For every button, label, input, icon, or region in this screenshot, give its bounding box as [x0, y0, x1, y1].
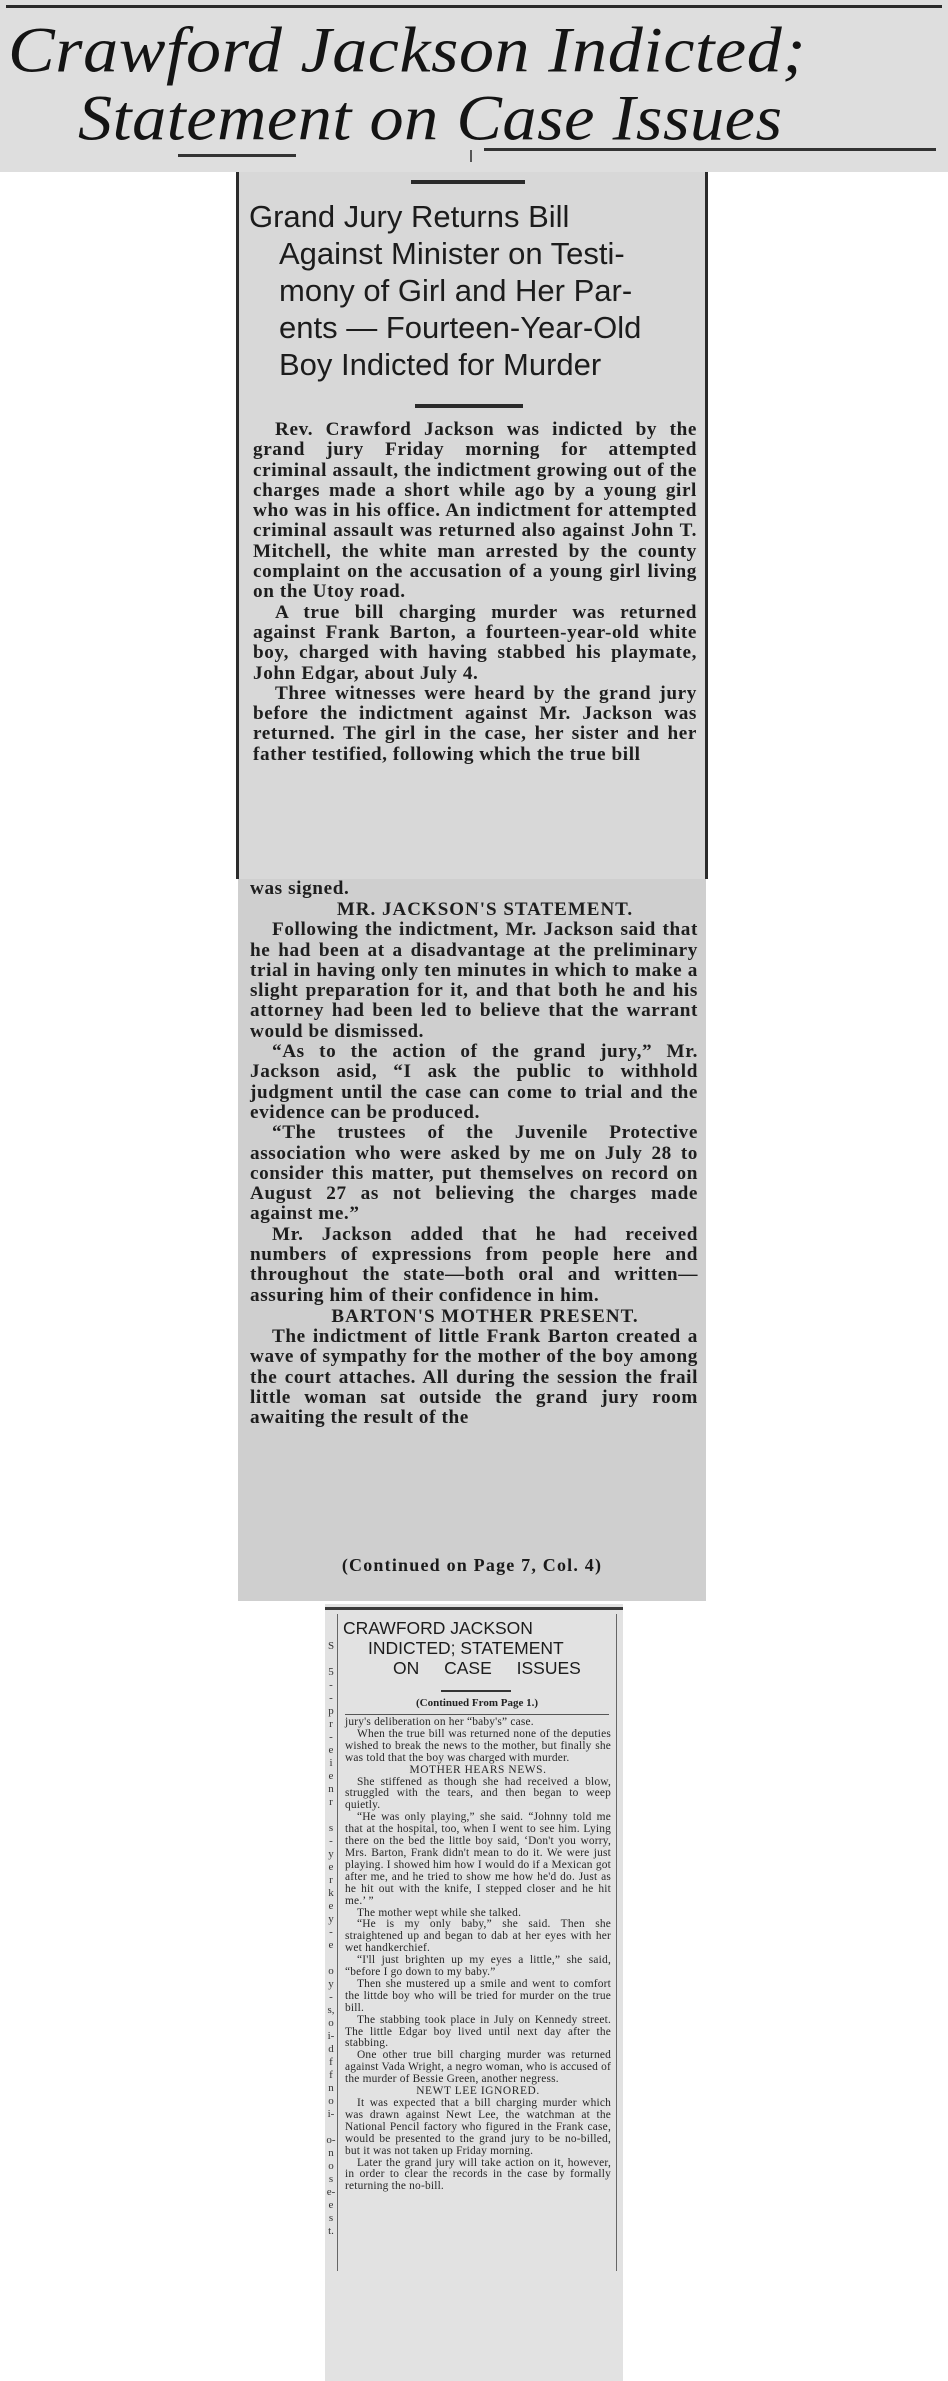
adjacent-column-fragment: S 5 - - p r - e i e n r s - y e r k e y …	[326, 1640, 336, 2238]
subheadline-deck: Grand Jury Returns Bill Against Minister…	[249, 198, 697, 383]
page1-column-top: Grand Jury Returns Bill Against Minister…	[236, 172, 708, 879]
dash-rule	[441, 1690, 511, 1692]
section-subhead: BARTON'S MOTHER PRESENT.	[250, 1306, 698, 1327]
article-body: jury's deliberation on her “baby's” case…	[345, 1717, 611, 2193]
paragraph: Mr. Jackson added that he had received n…	[250, 1225, 698, 1306]
article-body: Rev. Crawford Jackson was indicted by th…	[253, 420, 697, 765]
headline-line-2: Statement on Case Issues	[78, 82, 948, 157]
headline-line: ON CASE ISSUES	[343, 1658, 611, 1678]
paragraph: was signed.	[250, 879, 698, 899]
paragraph: Later the grand jury will take action on…	[345, 2158, 611, 2194]
paragraph: “As to the action of the grand jury,” Mr…	[250, 1042, 698, 1123]
paragraph: Three witnesses were heard by the grand …	[253, 684, 697, 765]
column-rule	[616, 1614, 623, 2271]
paragraph: “The trustees of the Juvenile Protective…	[250, 1123, 698, 1224]
section-subhead: MR. JACKSON'S STATEMENT.	[250, 899, 698, 920]
deck-line: mony of Girl and Her Par-	[249, 272, 697, 309]
dash-rule	[415, 404, 523, 408]
page1-column-bottom: was signed. MR. JACKSON'S STATEMENT. Fol…	[238, 879, 706, 1601]
paragraph: She stiffened as though she had received…	[345, 1777, 611, 1813]
top-rule	[325, 1607, 623, 1610]
headline-line-1: Crawford Jackson Indicted;	[8, 14, 948, 89]
page7-continuation: S 5 - - p r - e i e n r s - y e r k e y …	[325, 1604, 623, 2381]
paragraph: The indictment of little Frank Barton cr…	[250, 1327, 698, 1428]
paragraph: “He is my only baby,” she said. Then she…	[345, 1919, 611, 1955]
rule-divider	[178, 154, 296, 157]
deck-line: ents — Fourteen-Year-Old	[249, 309, 697, 346]
rule-divider	[345, 1714, 609, 1715]
continued-note: (Continued on Page 7, Col. 4)	[238, 1555, 706, 1576]
headline-line: INDICTED; STATEMENT	[343, 1638, 611, 1658]
rule-divider	[484, 148, 936, 151]
article-body: was signed. MR. JACKSON'S STATEMENT. Fol…	[250, 879, 698, 1428]
section-subhead: MOTHER HEARS NEWS.	[345, 1765, 611, 1777]
headline-line: CRAWFORD JACKSON	[343, 1618, 611, 1638]
deck-line: Against Minister on Testi-	[249, 235, 697, 272]
paragraph: It was expected that a bill charging mur…	[345, 2098, 611, 2158]
paragraph: A true bill charging murder was returned…	[253, 603, 697, 684]
paragraph: One other true bill charging murder was …	[345, 2050, 611, 2086]
dash-rule	[411, 180, 525, 184]
rule-divider	[470, 150, 472, 162]
paragraph: When the true bill was returned none of …	[345, 1729, 611, 1765]
paragraph: “He was only playing,” she said. “Johnny…	[345, 1812, 611, 1907]
paragraph: The stabbing took place in July on Kenne…	[345, 2015, 611, 2051]
continuation-headline: CRAWFORD JACKSON INDICTED; STATEMENT ON …	[343, 1618, 611, 1678]
top-rule	[6, 5, 942, 8]
deck-line: Grand Jury Returns Bill	[249, 198, 697, 235]
headline-clipping: Crawford Jackson Indicted; Statement on …	[0, 0, 948, 172]
paragraph: Then she mustered up a smile and went to…	[345, 1979, 611, 2015]
paragraph: Rev. Crawford Jackson was indicted by th…	[253, 420, 697, 603]
paragraph: “I'll just brighten up my eyes a little,…	[345, 1955, 611, 1979]
continued-from-note: (Continued From Page 1.)	[343, 1697, 611, 1709]
deck-line: Boy Indicted for Murder	[249, 346, 697, 383]
paragraph: Following the indictment, Mr. Jackson sa…	[250, 920, 698, 1042]
